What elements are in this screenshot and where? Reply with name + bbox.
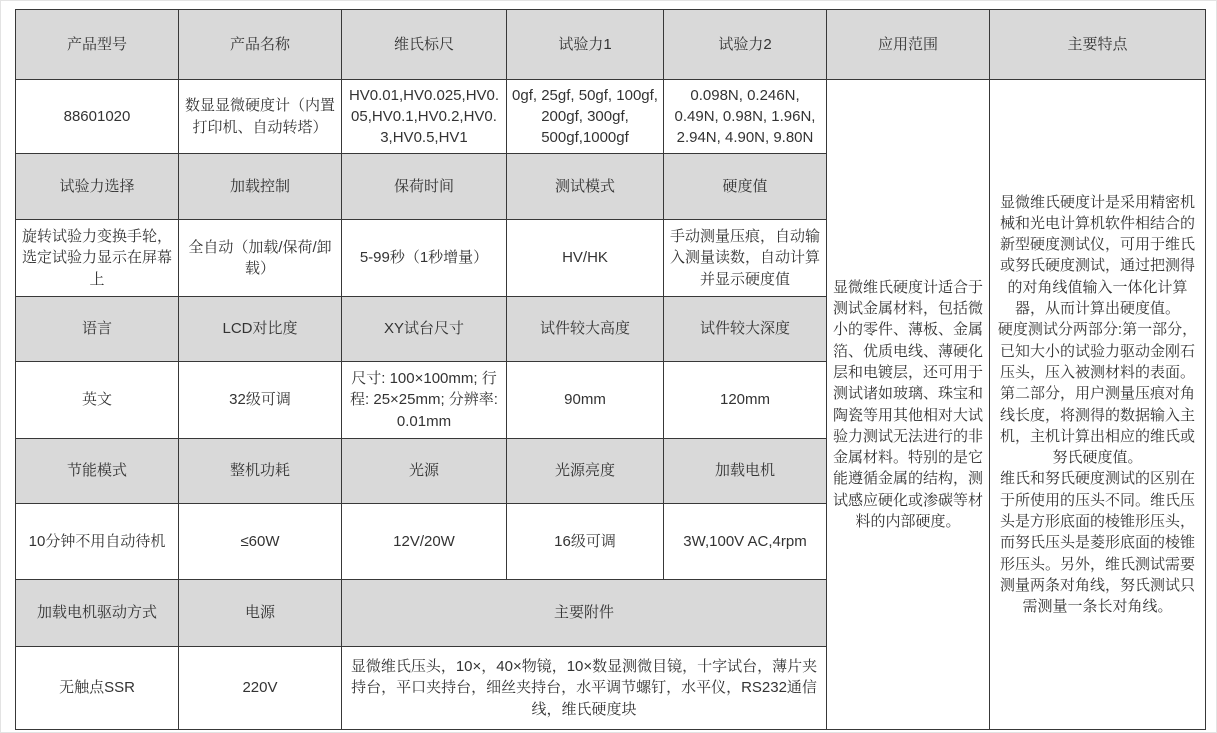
value-test-force-select: 旋转试验力变换手轮，选定试验力显示在屏幕上 — [16, 220, 179, 297]
subheader-loading-control: 加载控制 — [179, 154, 342, 220]
value-product-model: 88601020 — [16, 80, 179, 154]
value-lcd-contrast: 32级可调 — [179, 362, 342, 439]
value-xy-stage-size: 尺寸: 100×100mm; 行程: 25×25mm; 分辨率: 0.01mm — [342, 362, 507, 439]
header-application-range: 应用范围 — [827, 10, 990, 80]
subheader-loading-motor: 加载电机 — [664, 439, 827, 504]
page: 产品型号 产品名称 维氏标尺 试验力1 试验力2 应用范围 主要特点 88601… — [0, 0, 1217, 733]
header-test-force-1: 试验力1 — [507, 10, 664, 80]
application-range-text: 显微维氏硬度计适合于测试金属材料，包括微小的零件、薄板、金属箔、优质电线、薄硬化… — [827, 80, 990, 730]
subheader-hardness-value: 硬度值 — [664, 154, 827, 220]
features-paragraph-2: 硬度测试分两部分:第一部分，已知大小的试验力驱动金刚石压头，压入被测材料的表面。… — [995, 319, 1200, 468]
subheader-xy-stage-size: XY试台尺寸 — [342, 297, 507, 362]
value-test-force-1: 0gf, 25gf, 50gf, 100gf, 200gf, 300gf, 50… — [507, 80, 664, 154]
value-vickers-scale: HV0.01,HV0.025,HV0.05,HV0.1,HV0.2,HV0.3,… — [342, 80, 507, 154]
value-product-name: 数显显微硬度计（内置打印机、自动转塔） — [179, 80, 342, 154]
product-spec-table: 产品型号 产品名称 维氏标尺 试验力1 试验力2 应用范围 主要特点 88601… — [15, 9, 1206, 730]
value-max-depth: 120mm — [664, 362, 827, 439]
subheader-light-brightness: 光源亮度 — [507, 439, 664, 504]
value-loading-control: 全自动（加载/保荷/卸载） — [179, 220, 342, 297]
header-vickers-scale: 维氏标尺 — [342, 10, 507, 80]
subheader-test-mode: 测试模式 — [507, 154, 664, 220]
value-power-consumption: ≤60W — [179, 504, 342, 580]
subheader-power-consumption: 整机功耗 — [179, 439, 342, 504]
header-product-name: 产品名称 — [179, 10, 342, 80]
value-loading-motor: 3W,100V AC,4rpm — [664, 504, 827, 580]
subheader-language: 语言 — [16, 297, 179, 362]
main-features-text: 显微维氏硬度计是采用精密机械和光电计算机软件相结合的新型硬度测试仪，可用于维氏或… — [990, 80, 1206, 730]
value-hardness-value: 手动测量压痕，自动输入测量读数，自动计算并显示硬度值 — [664, 220, 827, 297]
value-main-accessories: 显微维氏压头，10×，40×物镜，10×数显测微目镜，十字试台，薄片夹持台，平口… — [342, 647, 827, 730]
value-dwell-time: 5-99秒（1秒增量） — [342, 220, 507, 297]
subheader-max-depth: 试件较大深度 — [664, 297, 827, 362]
header-main-features: 主要特点 — [990, 10, 1206, 80]
subheader-main-accessories: 主要附件 — [342, 580, 827, 647]
value-motor-drive-mode: 无触点SSR — [16, 647, 179, 730]
subheader-motor-drive-mode: 加载电机驱动方式 — [16, 580, 179, 647]
header-product-model: 产品型号 — [16, 10, 179, 80]
value-max-height: 90mm — [507, 362, 664, 439]
subheader-dwell-time: 保荷时间 — [342, 154, 507, 220]
value-energy-saving: 10分钟不用自动待机 — [16, 504, 179, 580]
features-paragraph-1: 显微维氏硬度计是采用精密机械和光电计算机软件相结合的新型硬度测试仪，可用于维氏或… — [995, 192, 1200, 320]
value-light-brightness: 16级可调 — [507, 504, 664, 580]
subheader-test-force-select: 试验力选择 — [16, 154, 179, 220]
header-test-force-2: 试验力2 — [664, 10, 827, 80]
value-power-supply: 220V — [179, 647, 342, 730]
subheader-energy-saving: 节能模式 — [16, 439, 179, 504]
value-light-source: 12V/20W — [342, 504, 507, 580]
value-test-force-2: 0.098N, 0.246N, 0.49N, 0.98N, 1.96N, 2.9… — [664, 80, 827, 154]
subheader-light-source: 光源 — [342, 439, 507, 504]
subheader-power-supply: 电源 — [179, 580, 342, 647]
features-paragraph-3: 维氏和努氏硬度测试的区别在于所使用的压头不同。维氏压头是方形底面的棱锥形压头，而… — [995, 468, 1200, 617]
subheader-lcd-contrast: LCD对比度 — [179, 297, 342, 362]
value-test-mode: HV/HK — [507, 220, 664, 297]
value-language: 英文 — [16, 362, 179, 439]
subheader-max-height: 试件较大高度 — [507, 297, 664, 362]
